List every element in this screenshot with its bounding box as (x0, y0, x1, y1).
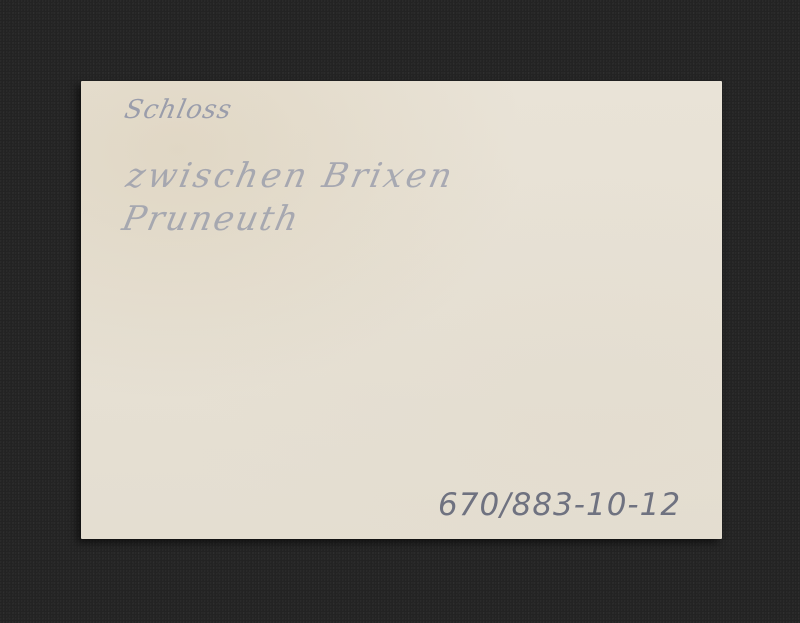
handwritten-line-2: zwischen Brixen (123, 156, 459, 196)
handwritten-line-3: Pruneuth (119, 199, 304, 239)
photo-card-back: Schloss zwischen Brixen Pruneuth 670/883… (81, 81, 722, 539)
archive-number: 670/883-10-12 (438, 487, 681, 523)
handwritten-line-1: Schloss (122, 95, 235, 125)
